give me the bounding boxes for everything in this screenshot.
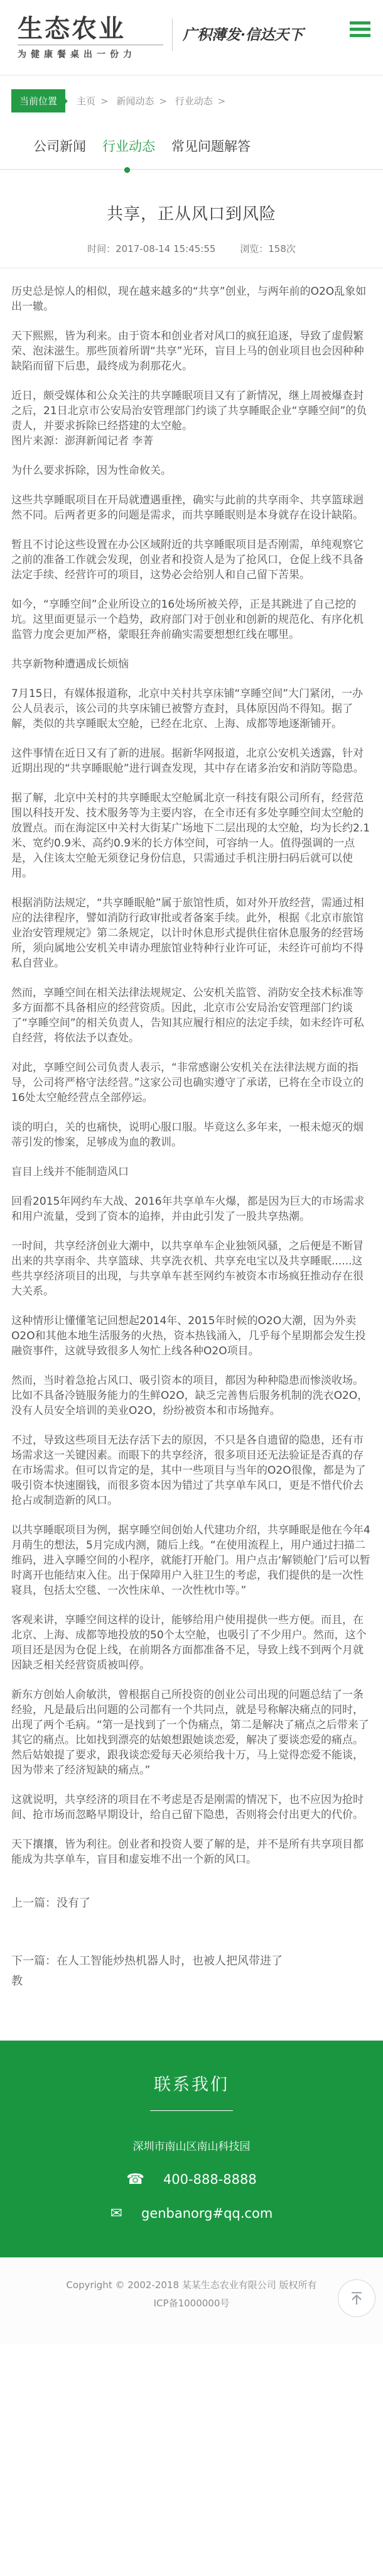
breadcrumb-separator: >: [218, 96, 226, 107]
article-paragraph: 为什么要求拆除，因为性命攸关。: [11, 463, 372, 478]
email-icon: ✉: [111, 2206, 122, 2221]
contact-us-title: 联系我们: [0, 2071, 383, 2095]
time-label: 时间：: [87, 243, 116, 255]
article-paragraph: 根据消防法规定，“共享睡眠舱”属于旅馆性质，如对外开放经营，需通过相应的法律程序…: [11, 896, 372, 971]
article-paragraph: 暂且不讨论这些设置在办公区域附近的共享睡眠项目是否刚需，单纯观察它之前的准备工作…: [11, 537, 372, 583]
breadcrumb: 主页> 新闻动态> 行业动态>: [77, 94, 230, 107]
footer-phone-row: ☎ 400-888-8888: [0, 2172, 383, 2187]
article-paragraph: 如今，“享睡空间”企业所设立的16处场所被关停，正是其跳进了自己挖的坑。这里面更…: [11, 597, 372, 642]
breadcrumb-link-news[interactable]: 新闻动态: [116, 96, 154, 107]
article-paragraph: 新东方创始人俞敏洪，曾根据自己所投资的创业公司出现的问题总结了一条经验，凡是最后…: [11, 1687, 372, 1778]
tab-company-news[interactable]: 公司新闻: [33, 136, 86, 155]
footer-email-address: genbanorg#qq.com: [141, 2206, 272, 2221]
article-time: 2017-08-14 15:45:55: [116, 243, 215, 255]
article-pager: 上一篇：没有了 下一篇：在人工智能炒热机器人时，也被人把风带进了教: [0, 1894, 383, 1992]
breadcrumb-label-badge: 当前位置: [11, 89, 65, 112]
tab-industry-news[interactable]: 行业动态: [102, 136, 155, 155]
article-paragraph: 不过，导致这些项目无法存活下去的原因，不只是各自遗留的隐患，还有市场需求这一关键…: [11, 1433, 372, 1508]
article-paragraph: 7月15日，有媒体报道称，北京中关村共享床铺“享睡空间”大门紧闭，一办公人员表示…: [11, 686, 372, 732]
article-paragraph: 回看2015年网约车大战、2016年共享单车火爆，都是因为巨大的市场需求和用户流…: [11, 1194, 372, 1224]
article-paragraph: 天下熙熙，皆为利来。由于资本和创业者对风口的疯狂追逐，导致了虚假繁荣、泡沫滋生。…: [11, 329, 372, 374]
copyright-line: Copyright © 2002-2018 某某生态农业有限公司 版权所有: [0, 2276, 383, 2294]
contact-title-underline: [150, 2110, 233, 2111]
footer-phone-number: 400-888-8888: [163, 2172, 257, 2187]
article-body: 历史总是惊人的相似，现在越来越多的“共享”创业，与两年前的O2O乱象如出一辙。天…: [0, 268, 383, 1867]
article-paragraph: 然而，享睡空间在相关法律法规规定、公安机关监管、消防安全技术标准等多方面都不具备…: [11, 985, 372, 1046]
article-paragraph: 这件事情在近日又有了新的进展。据新华网报道，北京公安机关透露，针对近期出现的“共…: [11, 746, 372, 776]
article-paragraph: 共享新物种遭遇成长烦恼: [11, 657, 372, 672]
article-paragraph: 盲目上线并不能制造风口: [11, 1165, 372, 1180]
site-header: 生态农业 为健康餐桌出一份力 广积薄发·信达天下: [0, 0, 383, 75]
arrow-up-to-line-icon: [348, 2289, 365, 2307]
tab-faq[interactable]: 常见问题解答: [171, 136, 251, 155]
article-paragraph: 客观来讲，享睡空间这样的设计，能够给用户使用提供一些方便。而且，在北京、上海、成…: [11, 1613, 372, 1673]
article-meta: 时间：2017-08-14 15:45:55 浏览：158次: [0, 242, 383, 255]
header-slogan: 广积薄发·信达天下: [183, 23, 303, 44]
breadcrumb-row: 当前位置 主页> 新闻动态> 行业动态>: [11, 89, 372, 112]
article-paragraph: 这些共享睡眠项目在开局就遭遇重挫，确实与此前的共享雨伞、共享篮球迥然不同。后两者…: [11, 493, 372, 523]
logo-title: 生态农业: [18, 15, 163, 43]
active-tab-indicator-dot: [124, 167, 130, 173]
article-paragraph: 近日，颇受媒体和公众关注的共享睡眠项目又有了新情况，继上周被爆查封之后，21日北…: [11, 388, 372, 449]
breadcrumb-separator: >: [159, 96, 167, 107]
article-paragraph: 一时间，共享经济创业大潮中，以共享单车企业独领风骚，之后便是不断冒出来的共享雨伞…: [11, 1239, 372, 1299]
views-label: 浏览：: [240, 243, 268, 255]
logo-divider: [18, 45, 163, 45]
phone-icon: ☎: [126, 2173, 144, 2187]
article-main: 共享，正从风口到风险 时间：2017-08-14 15:45:55 浏览：158…: [0, 201, 383, 1992]
article-paragraph: 据了解，北京中关村的共享睡眠太空舱属北京一科技有限公司所有，经营范围以科技开发、…: [11, 791, 372, 881]
logo-subtitle: 为健康餐桌出一份力: [18, 48, 163, 60]
prev-article-label: 上一篇：: [11, 1897, 57, 1910]
prev-article-row: 上一篇：没有了: [11, 1894, 372, 1914]
footer-email-row: ✉ genbanorg#qq.com: [0, 2206, 383, 2221]
site-logo[interactable]: 生态农业 为健康餐桌出一份力: [18, 15, 163, 60]
article-paragraph: 历史总是惊人的相似，现在越来越多的“共享”创业，与两年前的O2O乱象如出一辙。: [11, 284, 372, 314]
article-paragraph: 这种情形让懂懂笔记回想起2014年、2015年时候的O2O大潮，因为外卖O2O和…: [11, 1313, 372, 1359]
header-vertical-divider: [172, 18, 173, 51]
next-article-row: 下一篇：在人工智能炒热机器人时，也被人把风带进了教: [11, 1951, 288, 1992]
icp-line: ICP备1000000号: [0, 2294, 383, 2313]
article-views: 158次: [268, 243, 296, 255]
breadcrumb-separator: >: [100, 96, 109, 107]
footer-address: 深圳市南山区南山科技园: [0, 2137, 383, 2153]
copyright-bar: Copyright © 2002-2018 某某生态农业有限公司 版权所有 IC…: [0, 2257, 383, 2345]
breadcrumb-link-industry[interactable]: 行业动态: [175, 96, 213, 107]
tab-divider: [0, 169, 383, 170]
article-paragraph: 天下攘攘，皆为利往。创业者和投资人要了解的是，并不是所有共享项目都能成为共享单车…: [11, 1837, 372, 1867]
article-paragraph: 这就说明，共享经济的项目在不考虑是否是刚需的情况下，也不应因为抢时间、抢市场而忽…: [11, 1792, 372, 1822]
article-paragraph: 然而，当时着急抢占风口、吸引资本的项目，都因为种种隐患而惨淡收场。比如不具备冷链…: [11, 1373, 372, 1418]
breadcrumb-link-home[interactable]: 主页: [77, 96, 95, 107]
article-paragraph: 对此，享睡空间公司负责人表示，“非常感谢公安机关在法律法规方面的指导，公司将严格…: [11, 1060, 372, 1105]
prev-article-value: 没有了: [57, 1897, 90, 1910]
site-footer: 联系我们 深圳市南山区南山科技园 ☎ 400-888-8888 ✉ genban…: [0, 2041, 383, 2257]
next-article-label: 下一篇：: [11, 1954, 57, 1968]
news-tabs: 公司新闻 行业动态 常见问题解答: [0, 136, 383, 155]
article-title: 共享，正从风口到风险: [11, 201, 372, 224]
hamburger-menu-icon[interactable]: [347, 16, 373, 43]
article-paragraph: 以共享睡眠项目为例，据享睡空间创始人代建功介绍，共享睡眠是他在今年4月萌生的想法…: [11, 1523, 372, 1598]
article-paragraph: 谈的明白，关的也痛快，说明心服口服。毕竟这么多年来，一根未熄灭的烟蒂引发的惨案，…: [11, 1120, 372, 1150]
page: 生态农业 为健康餐桌出一份力 广积薄发·信达天下 当前位置 主页> 新闻动态> …: [0, 0, 383, 2345]
back-to-top-button[interactable]: [338, 2279, 375, 2317]
